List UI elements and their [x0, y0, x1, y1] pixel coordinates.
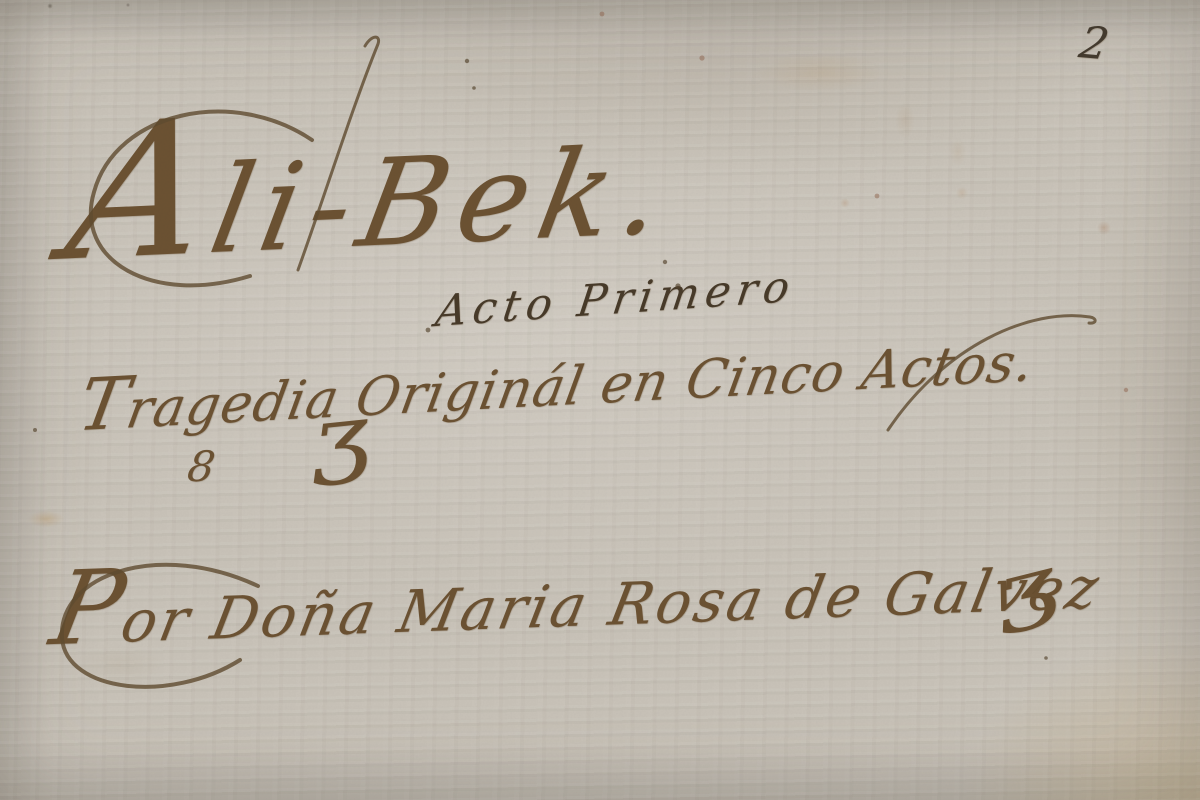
act-line: Acto Primero [433, 265, 798, 336]
manuscript-page: 2 Ali-Bek. Acto Primero Tragedia Originá… [0, 0, 1200, 800]
genre-line: Tragedia Originál en Cinco Actos. [73, 318, 1041, 444]
title-line: Ali-Bek. [56, 69, 694, 292]
page-number: 2 [1076, 20, 1113, 68]
g-descender-mark-tragedia: 8 [185, 446, 218, 488]
g-descender-mark-original: ʒ [306, 392, 374, 482]
author-line: Por Doña Maria Rosa de Galvez [44, 519, 1114, 663]
